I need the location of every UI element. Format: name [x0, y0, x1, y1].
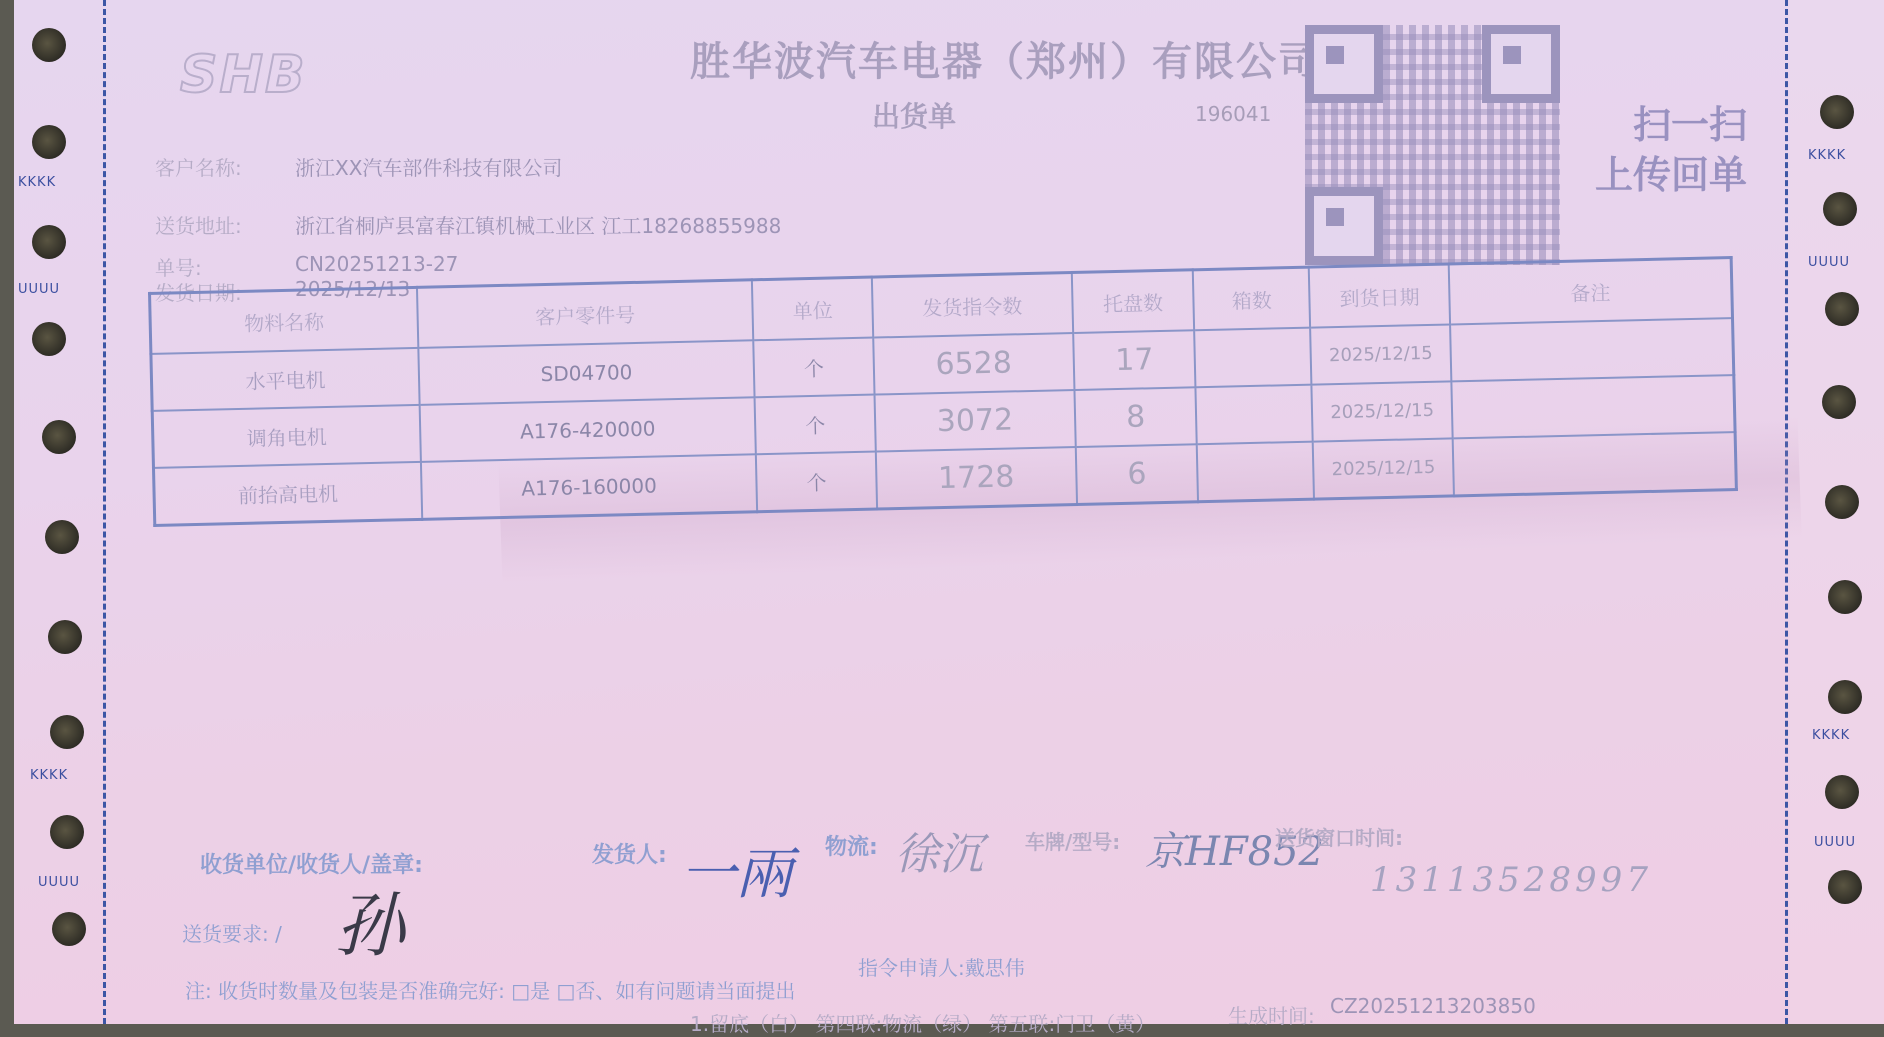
- punch-hole-icon: [1825, 775, 1859, 809]
- qr-caption-line2: 上传回单: [1595, 150, 1747, 200]
- margin-mark: KKKK: [30, 768, 68, 783]
- table-cell-name: 水平电机: [151, 348, 420, 411]
- punch-hole-icon: [32, 322, 66, 356]
- table-cell-unit: 个: [753, 338, 874, 398]
- punch-hole-icon: [1822, 385, 1856, 419]
- punch-hole-icon: [52, 912, 86, 946]
- customer-value: 浙江XX汽车部件科技有限公司: [295, 152, 562, 181]
- table-cell-pallets: 17: [1073, 330, 1196, 390]
- column-header: 发货指令数: [872, 273, 1073, 338]
- shipper-label: 发货人:: [592, 838, 667, 869]
- copy-distribution: 1.留底（白） 第四联:物流（绿） 第五联:门卫（黄）: [690, 1008, 1155, 1024]
- company-logo: SHB: [180, 45, 307, 105]
- table-cell-part-no: SD04700: [418, 340, 755, 405]
- instruction-applicant: 指令申请人:戴思伟: [858, 952, 1025, 981]
- margin-mark: KKKK: [18, 175, 56, 190]
- punch-hole-icon: [45, 520, 79, 554]
- table-cell-name: 调角电机: [152, 405, 421, 468]
- table-cell-arrival: 2025/12/15: [1310, 324, 1451, 384]
- column-header: 备注: [1449, 258, 1733, 325]
- table-cell-remark: [1453, 432, 1737, 496]
- table-cell-name: 前抬高电机: [153, 462, 422, 526]
- margin-mark: KKKK: [1812, 728, 1850, 743]
- plate-label: 车牌/型号:: [1025, 826, 1120, 855]
- punch-hole-icon: [48, 620, 82, 654]
- table-cell-boxes: [1197, 442, 1314, 502]
- receiver-signature: 孙: [335, 870, 405, 971]
- print-code: CZ20251213203850: [1330, 994, 1536, 1018]
- qr-caption: 扫一扫 上传回单: [1595, 100, 1747, 200]
- document-number: 196041: [1195, 102, 1271, 126]
- punch-hole-icon: [50, 815, 84, 849]
- table-cell-qty: 6528: [873, 333, 1074, 395]
- table-cell-boxes: [1195, 328, 1312, 388]
- column-header: 客户零件号: [417, 280, 754, 348]
- punch-hole-icon: [1823, 192, 1857, 226]
- table-cell-qty: 3072: [874, 390, 1075, 452]
- logistics-label: 物流:: [825, 830, 878, 861]
- print-code-label: 生成时间:: [1228, 1000, 1315, 1024]
- qr-caption-line1: 扫一扫: [1595, 100, 1747, 150]
- logistics-value: 徐沉: [895, 818, 983, 882]
- address-label: 送货地址:: [155, 210, 242, 239]
- table-cell-arrival: 2025/12/15: [1312, 381, 1453, 441]
- margin-mark: UUUU: [1808, 255, 1850, 270]
- margin-mark: UUUU: [38, 875, 80, 890]
- punch-hole-icon: [50, 715, 84, 749]
- punch-hole-icon: [1828, 580, 1862, 614]
- table-cell-unit: 个: [756, 452, 877, 512]
- column-header: 物料名称: [150, 287, 419, 354]
- shipper-signature: 一兩: [680, 830, 792, 910]
- delivery-requirement: 送货要求: /: [182, 918, 282, 947]
- punch-hole-icon: [32, 28, 66, 62]
- company-name: 胜华波汽车电器（郑州）有限公司: [690, 30, 1320, 87]
- customer-label: 客户名称:: [155, 152, 242, 181]
- delivery-time-label: 送货窗口时间:: [1275, 822, 1403, 851]
- handwritten-phone: 13113528997: [1370, 860, 1652, 900]
- margin-mark: UUUU: [1814, 835, 1856, 850]
- table-cell-remark: [1450, 318, 1734, 381]
- column-header: 箱数: [1193, 267, 1310, 330]
- receipt-note: 注: 收货时数量及包装是否准确完好: □是 □否、如有问题请当面提出: [185, 975, 795, 1004]
- punch-hole-icon: [1825, 292, 1859, 326]
- column-header: 托盘数: [1071, 270, 1194, 333]
- table-cell-part-no: A176-160000: [421, 454, 758, 519]
- punch-hole-icon: [1828, 680, 1862, 714]
- column-header: 单位: [752, 277, 873, 340]
- address-value: 浙江省桐庐县富春江镇机械工业区 江工18268855988: [295, 210, 781, 239]
- items-table: 物料名称 客户零件号 单位 发货指令数 托盘数 箱数 到货日期 备注 水平电机S…: [148, 256, 1738, 527]
- table-cell-boxes: [1196, 385, 1313, 445]
- table-cell-unit: 个: [755, 395, 876, 455]
- punch-hole-icon: [1825, 485, 1859, 519]
- table-cell-pallets: 8: [1074, 387, 1197, 447]
- document-title: 出货单: [872, 95, 956, 135]
- left-perforation-line: [103, 0, 106, 1024]
- punch-hole-icon: [42, 420, 76, 454]
- table-cell-qty: 1728: [876, 447, 1077, 509]
- margin-mark: KKKK: [1808, 148, 1846, 163]
- qr-code-icon[interactable]: [1305, 25, 1560, 265]
- table-cell-remark: [1451, 375, 1735, 438]
- punch-hole-icon: [32, 225, 66, 259]
- table-cell-arrival: 2025/12/15: [1313, 438, 1454, 499]
- table-cell-pallets: 6: [1075, 444, 1198, 504]
- order-number-value: CN20251213-27: [295, 252, 458, 276]
- punch-hole-icon: [1820, 95, 1854, 129]
- punch-hole-icon: [32, 125, 66, 159]
- margin-mark: UUUU: [18, 282, 60, 297]
- punch-hole-icon: [1828, 870, 1862, 904]
- column-header: 到货日期: [1309, 264, 1450, 328]
- table-cell-part-no: A176-420000: [419, 397, 756, 462]
